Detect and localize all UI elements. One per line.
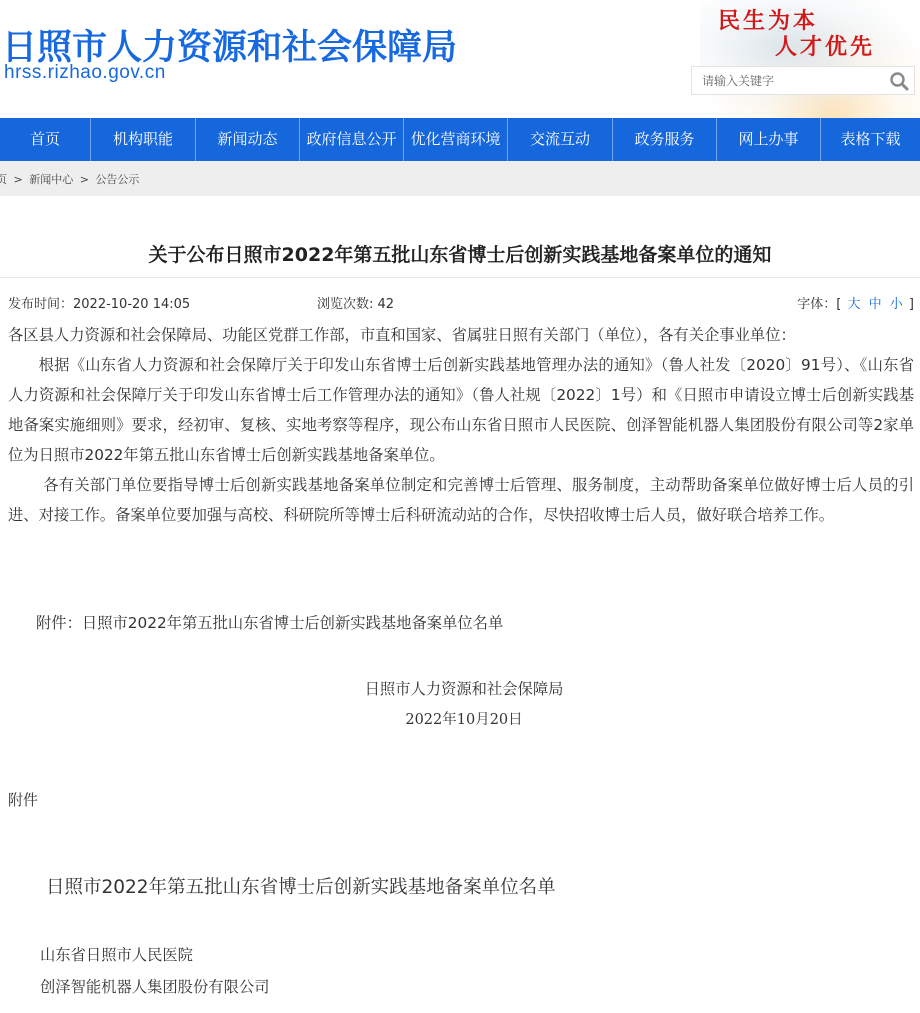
publish-time: 发布时间：2022-10-20 14:05 bbox=[8, 293, 190, 312]
body-paragraph-2: 各有关部门单位要指导博士后创新实践基地备案单位制定和完善博士后管理、服务制度，主… bbox=[8, 470, 914, 530]
title-divider bbox=[0, 277, 920, 278]
nav-item-gov-info[interactable]: 政府信息公开 bbox=[300, 118, 404, 161]
site-domain: hrss.rizhao.gov.cn bbox=[4, 62, 166, 84]
site-header: 日照市人力资源和社会保障局 hrss.rizhao.gov.cn 民生为本 人才… bbox=[0, 0, 920, 118]
font-size-large-button[interactable]: 大 bbox=[847, 297, 860, 312]
nav-item-downloads[interactable]: 表格下载 bbox=[821, 118, 920, 161]
breadcrumb-bar: 页 > 新闻中心 > 公告公示 bbox=[0, 161, 920, 196]
publish-time-value: 2022-10-20 14:05 bbox=[73, 297, 190, 312]
body-paragraph-1: 根据《山东省人力资源和社会保障厅关于印发山东省博士后创新实践基地管理办法的通知》… bbox=[8, 350, 914, 470]
font-size-label: 字体：[ bbox=[797, 297, 841, 312]
breadcrumb-announcements[interactable]: 公告公示 bbox=[95, 173, 139, 186]
nav-item-interaction[interactable]: 交流互动 bbox=[508, 118, 613, 161]
view-count-label: 浏览次数: bbox=[317, 297, 373, 312]
search-icon[interactable] bbox=[888, 70, 910, 92]
view-count-value: 42 bbox=[378, 297, 395, 312]
view-count: 浏览次数: 42 bbox=[317, 293, 394, 312]
nav-item-functions[interactable]: 机构职能 bbox=[91, 118, 196, 161]
font-size-small-button[interactable]: 小 bbox=[890, 297, 903, 312]
font-size-controls: 字体：[ 大 中 小 ] bbox=[797, 293, 914, 312]
search-input[interactable] bbox=[692, 67, 882, 94]
main-nav: 首页 机构职能 新闻动态 政府信息公开 优化营商环境 交流互动 政务服务 网上办… bbox=[0, 118, 920, 161]
breadcrumb-separator: > bbox=[80, 173, 89, 186]
signature-date: 2022年10月20日 bbox=[0, 708, 920, 729]
breadcrumb-home[interactable]: 页 bbox=[0, 173, 7, 186]
search-box bbox=[691, 66, 915, 95]
breadcrumb-news-center[interactable]: 新闻中心 bbox=[29, 173, 73, 186]
unit-list-item: 创泽智能机器人集团股份有限公司 bbox=[40, 975, 269, 997]
article-title: 关于公布日照市2022年第五批山东省博士后创新实践基地备案单位的通知 bbox=[0, 240, 920, 267]
attachment-reference: 附件：日照市2022年第五批山东省博士后创新实践基地备案单位名单 bbox=[36, 611, 503, 633]
nav-item-services[interactable]: 政务服务 bbox=[613, 118, 717, 161]
salutation: 各区县人力资源和社会保障局、功能区党群工作部，市直和国家、省属驻日照有关部门（单… bbox=[8, 320, 914, 350]
article-body: 各区县人力资源和社会保障局、功能区党群工作部，市直和国家、省属驻日照有关部门（单… bbox=[8, 320, 914, 530]
nav-item-home[interactable]: 首页 bbox=[0, 118, 91, 161]
nav-item-business-env[interactable]: 优化营商环境 bbox=[404, 118, 508, 161]
nav-item-news[interactable]: 新闻动态 bbox=[196, 118, 300, 161]
publish-time-label: 发布时间： bbox=[8, 297, 73, 312]
breadcrumb: 页 > 新闻中心 > 公告公示 bbox=[0, 171, 142, 187]
slogan-line-2: 人才优先 bbox=[775, 30, 875, 61]
signature-organization: 日照市人力资源和社会保障局 bbox=[0, 677, 920, 699]
unit-list-item: 山东省日照市人民医院 bbox=[40, 943, 193, 965]
breadcrumb-separator: > bbox=[14, 173, 23, 186]
appendix-label: 附件 bbox=[8, 789, 38, 810]
font-size-close-bracket: ] bbox=[909, 297, 914, 312]
nav-item-online[interactable]: 网上办事 bbox=[717, 118, 821, 161]
appendix-title: 日照市2022年第五批山东省博士后创新实践基地备案单位名单 bbox=[46, 873, 556, 899]
font-size-medium-button[interactable]: 中 bbox=[869, 297, 882, 312]
